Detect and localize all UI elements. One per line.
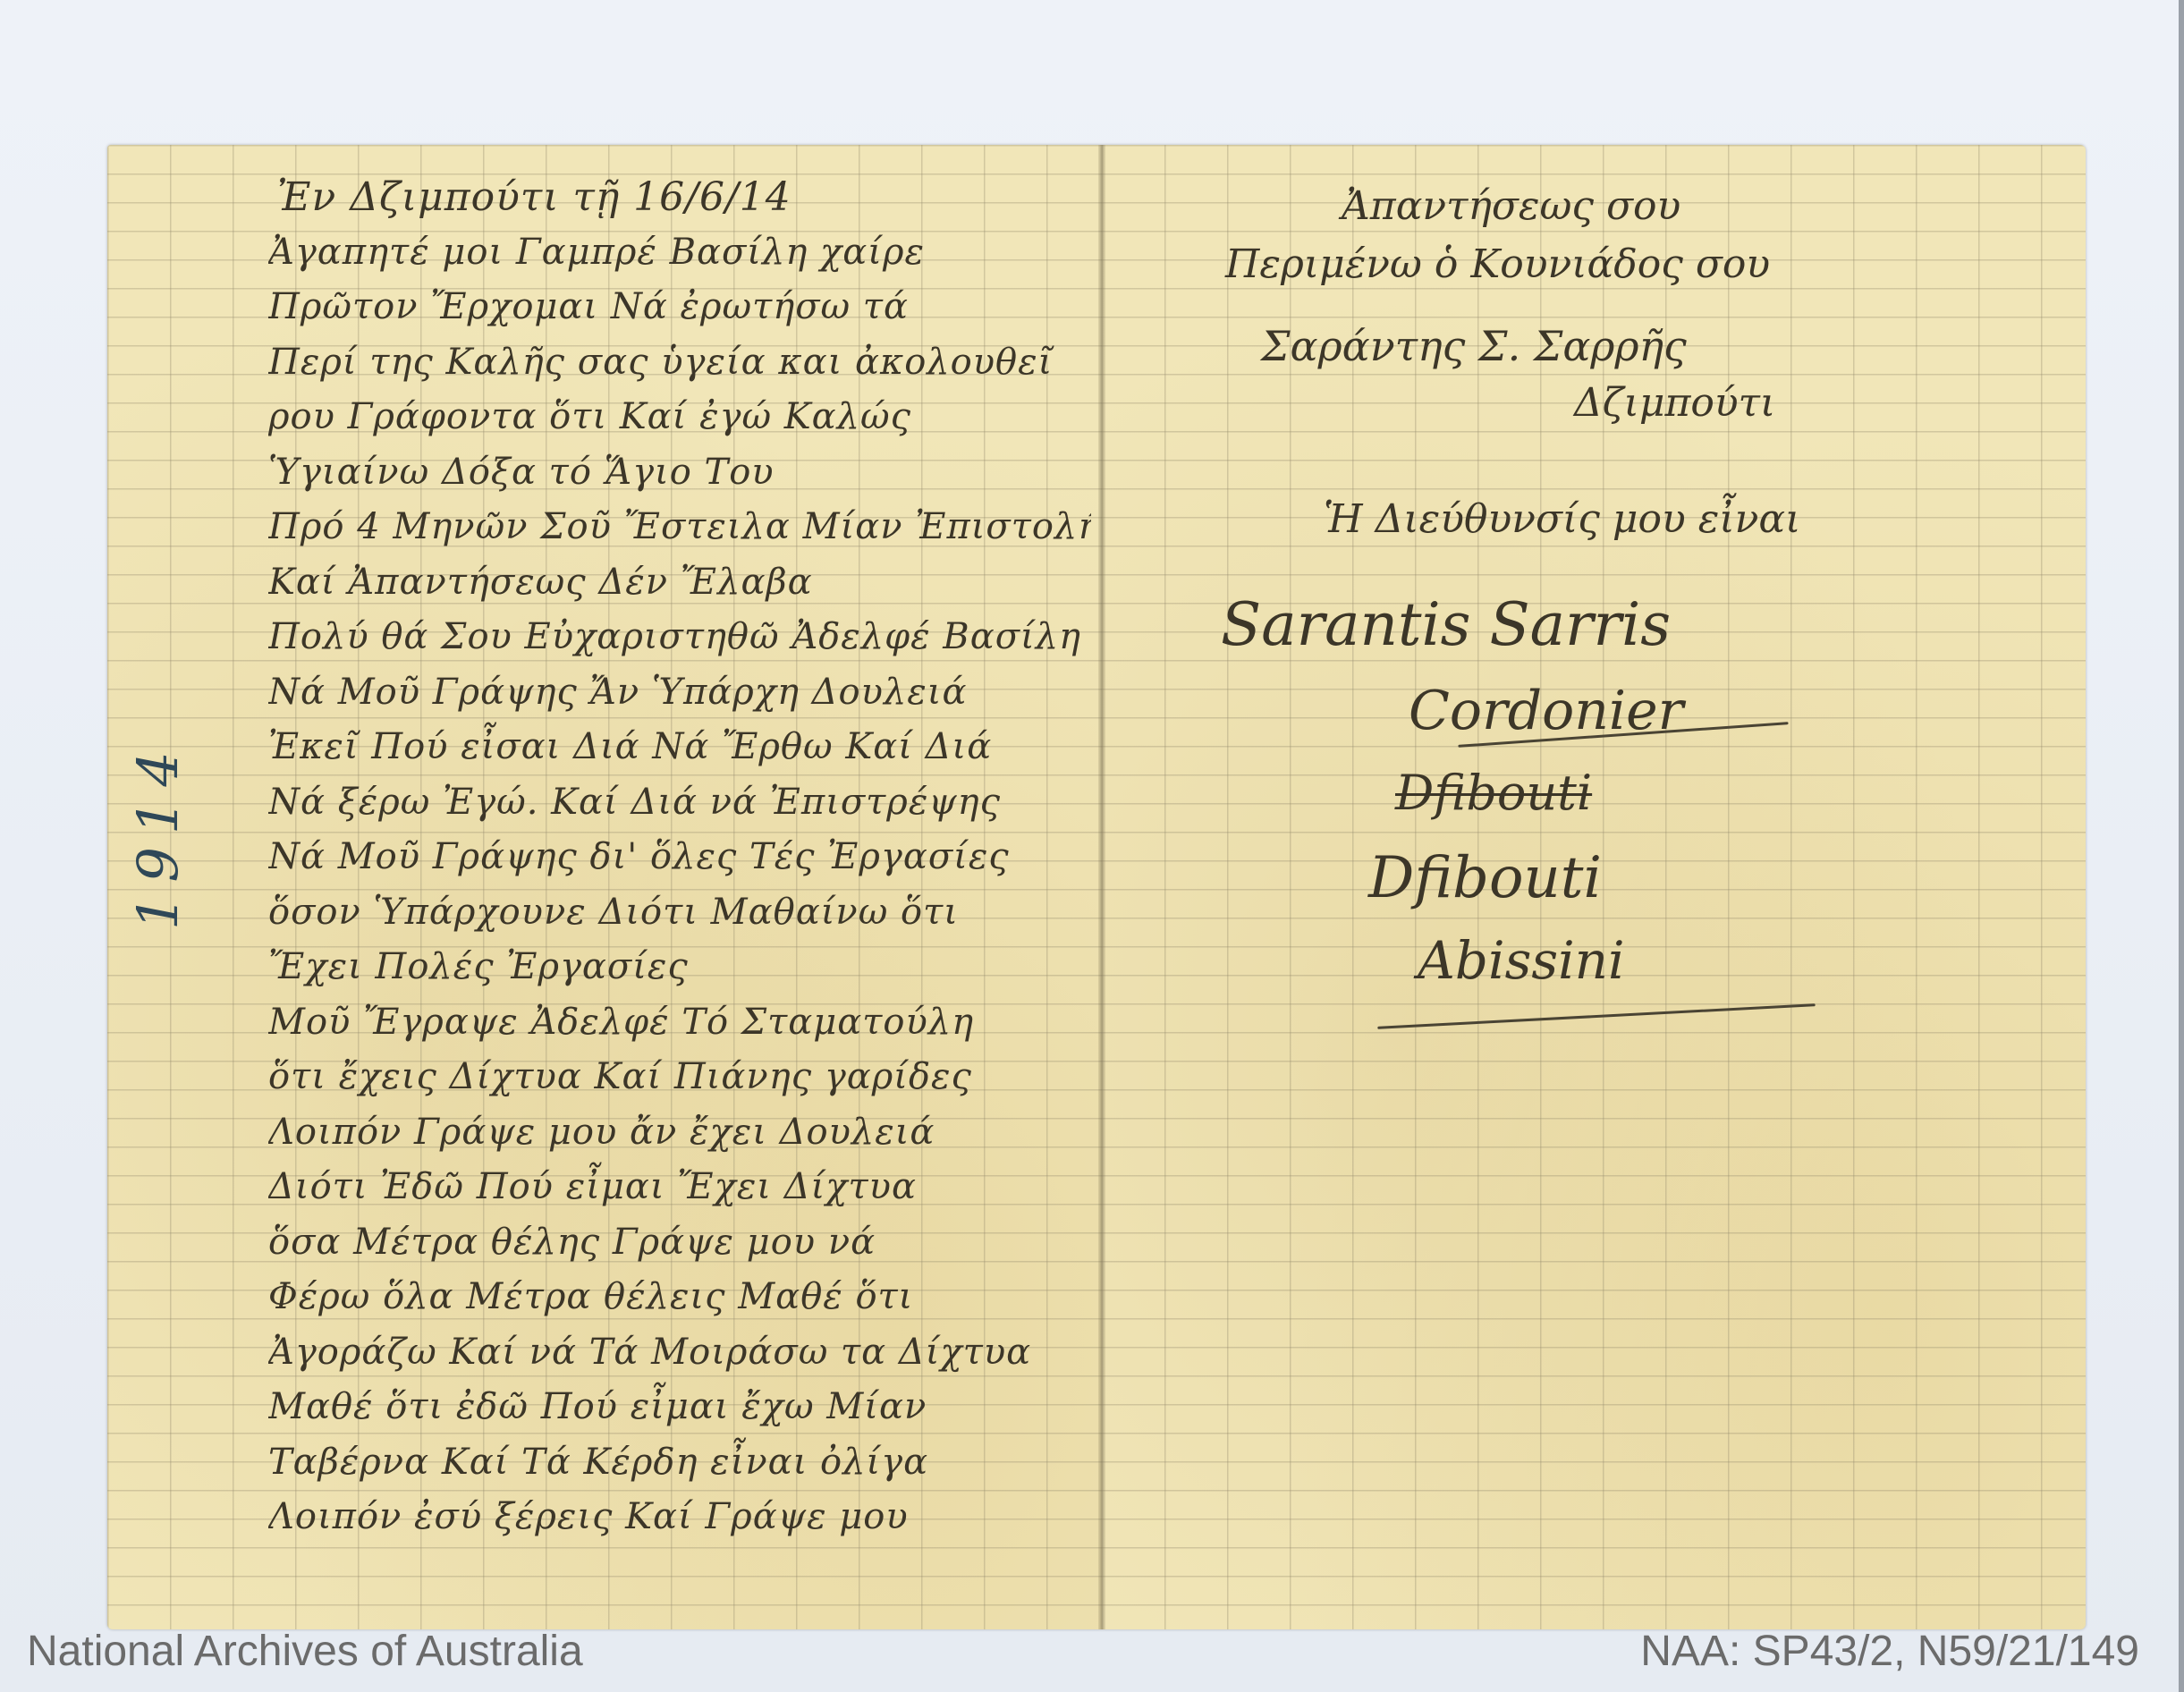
letter-line: ὅσον Ὑπάρχουνε Διότι Μαθαίνω ὅτι [268,885,1091,941]
letter-line: Νά ξέρω Ἐγώ. Καί Διά νά Ἐπιστρέψης [268,775,1091,831]
address-country: Abissini [1418,930,1625,991]
letter-place-date: Ἐν Δζιμπούτι τῇ 16/6/14 [268,170,1091,225]
signature-name-greek: Σαράντης Σ. Σαρρῆς [1261,322,1687,370]
letter-line: Λοιπόν ἐσύ ξέρεις Καί Γράψε μου [268,1490,1091,1545]
letter-line: Ἀγοράζω Καί νά Τά Μοιράσω τα Δίχτυα [268,1325,1091,1381]
scan-edge [2179,0,2184,1692]
letter-line: Πρῶτον Ἔρχομαι Νά ἐρωτήσω τά [268,280,1091,335]
letter-line: Λοιπόν Γράψε μου ἄν ἔχει Δουλειά [268,1105,1091,1161]
letter-line: Νά Μοῦ Γράψης Ἄν Ὑπάρχη Δουλειά [268,665,1091,721]
letter-line: Ἐκεῖ Πού εἶσαι Διά Νά Ἔρθω Καί Διά [268,720,1091,775]
archive-reference: NAA: SP43/2, N59/21/149 [1640,1625,2139,1679]
signature-city-greek: Δζιμπούτι [1574,380,1775,426]
letter-line: ὅτι ἔχεις Δίχτυα Καί Πιάνης γαρίδες [268,1050,1091,1105]
letter-body: Ἐν Δζιμπούτι τῇ 16/6/14 Ἀγαπητέ μοι Γαμπ… [268,170,1091,1545]
letter-line: Περί της Καλῆς σας ὑγεία και ἀκολουθεῖ [268,335,1091,391]
letter-line: Καί Ἀπαντήσεως Δέν Ἔλαβα [268,555,1091,611]
page-fold [1098,145,1105,1629]
letter-line: Πολύ θά Σου Εὐχαριστηθῶ Ἀδελφέ Βασίλη [268,610,1091,665]
letter-line: Ταβέρνα Καί Τά Κέρδη εἶναι ὀλίγα [268,1435,1091,1491]
archive-name: National Archives of Australia [27,1625,583,1679]
letter-line: Διότι Ἐδῶ Πού εἶμαι Ἔχει Δίχτυα [268,1160,1091,1215]
address-intro: Ἡ Διεύθυνσίς μου εἶναι [1324,496,1800,542]
letter-line: Νά Μοῦ Γράψης δι' ὅλες Τές Ἐργασίες [268,830,1091,885]
letter-line: Φέρω ὅλα Μέτρα θέλεις Μαθέ ὅτι [268,1270,1091,1325]
letter-line: Ὑγιαίνω Δόξα τό Ἅγιο Του [268,445,1091,501]
address-name: Sarantis Sarris [1221,590,1671,659]
letter-line: Μαθέ ὅτι ἐδῶ Πού εἶμαι ἔχω Μίαν [268,1380,1091,1435]
address-struck-word: Dfibouti [1395,765,1592,821]
letter-line: Πρό 4 Μηνῶν Σοῦ Ἔστειλα Μίαν Ἐπιστολή [268,500,1091,555]
margin-year-annotation: 1914 [125,739,190,930]
letter-line: Μοῦ Ἔγραψε Ἀδελφέ Τό Σταματούλη [268,995,1091,1051]
address-city: Dfibouti [1368,845,1602,911]
letter-line: ὅσα Μέτρα θέλης Γράψε μου νά [268,1215,1091,1271]
letter-line: Ἀγαπητέ μοι Γαμπρέ Βασίλη χαίρε [268,225,1091,281]
closing-line-1: Ἀπαντήσεως σου [1342,183,1680,229]
letter-line: Ἔχει Πολές Ἐργασίες [268,940,1091,995]
letter-line: ρου Γράφοντα ὅτι Καί ἐγώ Καλώς [268,390,1091,445]
closing-line-2: Περιμένω ὁ Κουνιάδος σου [1225,241,1770,287]
